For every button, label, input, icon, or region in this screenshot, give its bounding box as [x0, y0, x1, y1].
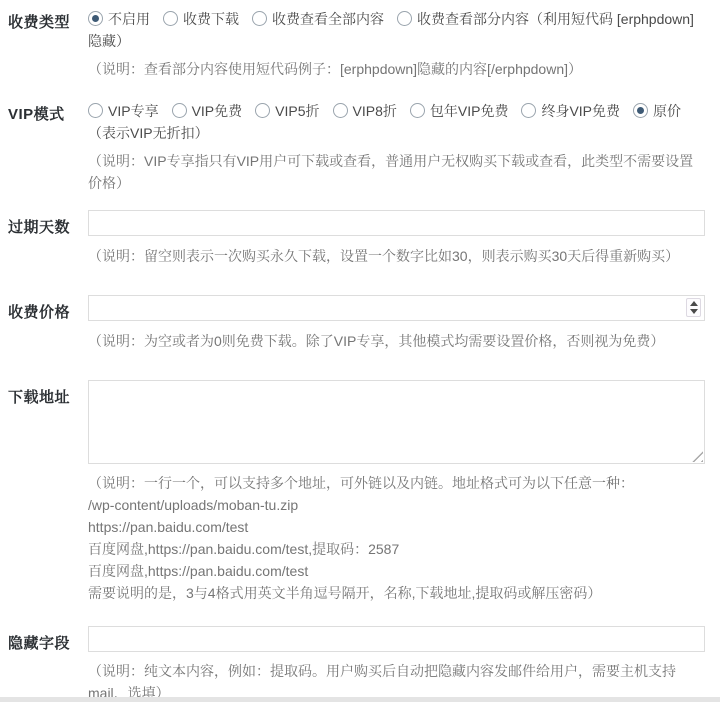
expire-days-row: 过期天数 （说明：留空则表示一次购买永久下载，设置一个数字比如30，则表示购买3…	[0, 210, 720, 267]
vip-mode-row: VIP模式 VIP专享VIP免费VIP5折VIP8折包年VIP免费终身VIP免费…	[0, 100, 720, 194]
radio-label: 收费下载	[183, 11, 239, 27]
radio-option[interactable]: VIP5折	[255, 103, 319, 119]
fee-type-label: 收费类型	[0, 8, 88, 32]
download-url-textarea[interactable]	[88, 380, 705, 464]
note-line: （说明：一行一个，可以支持多个地址，可外链以及内链。地址格式可为以下任意一种：	[88, 472, 705, 494]
radio-label: 不启用	[108, 11, 150, 27]
radio-button[interactable]	[397, 11, 412, 26]
radio-option[interactable]: VIP专享	[88, 103, 159, 119]
hidden-field-row: 隐藏字段 （说明：纯文本内容，例如：提取码。用户购买后自动把隐藏内容发邮件给用户…	[0, 626, 720, 702]
expire-days-note: （说明：留空则表示一次购买永久下载，设置一个数字比如30，则表示购买30天后得重…	[88, 245, 705, 267]
note-line: https://pan.baidu.com/test	[88, 516, 705, 538]
radio-option[interactable]: 收费查看全部内容	[252, 11, 384, 27]
download-url-notes: （说明：一行一个，可以支持多个地址，可外链以及内链。地址格式可为以下任意一种：/…	[88, 472, 705, 604]
price-note: （说明：为空或者为0则免费下载。除了VIP专享，其他模式均需要设置价格，否则视为…	[88, 330, 705, 352]
radio-label: VIP专享	[108, 103, 159, 119]
radio-button[interactable]	[521, 103, 536, 118]
expire-days-input[interactable]	[88, 210, 705, 236]
spinner-up-icon[interactable]	[690, 301, 698, 306]
bottom-divider	[0, 697, 720, 702]
spinner-down-icon[interactable]	[690, 309, 698, 314]
radio-label: VIP5折	[275, 103, 319, 119]
radio-option[interactable]: 不启用	[88, 11, 150, 27]
radio-button[interactable]	[255, 103, 270, 118]
vip-mode-note: （说明：VIP专享指只有VIP用户可下载或查看，普通用户无权购买下载或查看，此类…	[88, 150, 705, 194]
radio-dot	[637, 107, 644, 114]
price-spinner[interactable]	[686, 298, 701, 317]
hidden-field-label: 隐藏字段	[0, 626, 88, 653]
price-row: 收费价格 （说明：为空或者为0则免费下载。除了VIP专享，其他模式均需要设置价格…	[0, 295, 720, 352]
radio-button[interactable]	[410, 103, 425, 118]
fee-type-row: 收费类型 不启用收费下载收费查看全部内容收费查看部分内容（利用短代码 [erph…	[0, 8, 720, 80]
radio-dot	[92, 15, 99, 22]
price-label: 收费价格	[0, 295, 88, 322]
fee-type-note: （说明：查看部分内容使用短代码例子：[erphpdown]隐藏的内容[/erph…	[88, 58, 705, 80]
radio-button[interactable]	[88, 103, 103, 118]
vip-mode-label: VIP模式	[0, 100, 88, 124]
note-line: 需要说明的是，3与4格式用英文半角逗号隔开，名称,下载地址,提取码或解压密码）	[88, 582, 705, 604]
hidden-field-note: （说明：纯文本内容，例如：提取码。用户购买后自动把隐藏内容发邮件给用户，需要主机…	[88, 660, 705, 702]
radio-button[interactable]	[252, 11, 267, 26]
download-url-label: 下载地址	[0, 380, 88, 407]
note-line: 百度网盘,https://pan.baidu.com/test,提取码：2587	[88, 538, 705, 560]
radio-button[interactable]	[163, 11, 178, 26]
radio-label: 终身VIP免费	[541, 103, 620, 119]
hidden-field-input[interactable]	[88, 626, 705, 652]
radio-button[interactable]	[88, 11, 103, 26]
radio-label: 包年VIP免费	[430, 103, 509, 119]
fee-type-radio-group: 不启用收费下载收费查看全部内容收费查看部分内容（利用短代码 [erphpdown…	[88, 8, 705, 52]
radio-option[interactable]: 收费下载	[163, 11, 239, 27]
radio-option[interactable]: 终身VIP免费	[521, 103, 620, 119]
radio-label: VIP8折	[353, 103, 397, 119]
radio-label: 收费查看全部内容	[272, 11, 384, 27]
note-line: 百度网盘,https://pan.baidu.com/test	[88, 560, 705, 582]
radio-button[interactable]	[633, 103, 648, 118]
radio-option[interactable]: VIP免费	[172, 103, 243, 119]
vip-mode-radio-group: VIP专享VIP免费VIP5折VIP8折包年VIP免费终身VIP免费原价（表示V…	[88, 100, 705, 144]
note-line: /wp-content/uploads/moban-tu.zip	[88, 494, 705, 516]
radio-option[interactable]: VIP8折	[333, 103, 397, 119]
expire-days-label: 过期天数	[0, 210, 88, 237]
download-url-row: 下载地址 （说明：一行一个，可以支持多个地址，可外链以及内链。地址格式可为以下任…	[0, 380, 720, 604]
post-payment-settings-form: 收费类型 不启用收费下载收费查看全部内容收费查看部分内容（利用短代码 [erph…	[0, 0, 720, 702]
radio-option[interactable]: 包年VIP免费	[410, 103, 509, 119]
radio-button[interactable]	[333, 103, 348, 118]
radio-label: VIP免费	[192, 103, 243, 119]
radio-button[interactable]	[172, 103, 187, 118]
price-input[interactable]	[88, 295, 705, 321]
